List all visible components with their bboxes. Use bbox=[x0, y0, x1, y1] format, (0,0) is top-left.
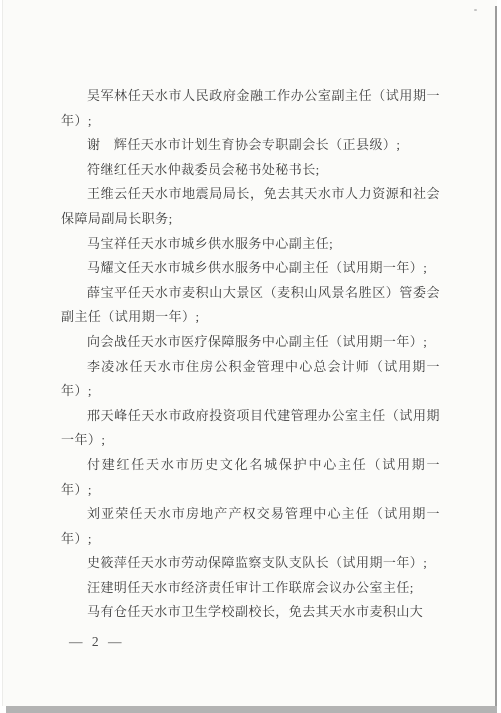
scan-edge-bottom bbox=[6, 706, 497, 713]
document-paragraph: 向会战任天水市医疗保障服务中心副主任（试用期一年）; bbox=[61, 330, 440, 355]
document-paragraph: 李凌冰任天水市住房公积金管理中心总会计师（试用期一年）; bbox=[61, 355, 440, 404]
document-paragraph: 付建红任天水市历史文化名城保护中心主任（试用期一年）; bbox=[61, 453, 440, 502]
document-paragraph: 薛宝平任天水市麦积山大景区（麦积山风景名胜区）管委会副主任（试用期一年）; bbox=[61, 281, 440, 330]
document-page: 吴军林任天水市人民政府金融工作办公室副主任（试用期一年）;谢 辉任天水市计划生育… bbox=[2, 0, 497, 706]
document-paragraph: 汪建明任天水市经济责任审计工作联席会议办公室主任; bbox=[61, 576, 440, 601]
document-paragraph: 邢天峰任天水市政府投资项目代建管理办公室主任（试用期一年）; bbox=[61, 404, 440, 453]
document-paragraph: 史筱萍任天水市劳动保障监察支队支队长（试用期一年）; bbox=[61, 551, 440, 576]
document-paragraph: 刘亚荣任天水市房地产产权交易管理中心主任（试用期一年）; bbox=[61, 502, 440, 551]
document-paragraph: 马宝祥任天水市城乡供水服务中心副主任; bbox=[61, 232, 440, 257]
scan-edge-right bbox=[495, 6, 497, 706]
document-paragraph: 马耀文任天水市城乡供水服务中心副主任（试用期一年）; bbox=[61, 256, 440, 281]
document-paragraph: 符继红任天水仲裁委员会秘书处秘书长; bbox=[61, 158, 440, 183]
page-number: — 2 — bbox=[69, 634, 125, 650]
document-paragraph: 马有仓任天水市卫生学校副校长，免去其天水市麦积山大 bbox=[61, 600, 440, 625]
scanned-document-canvas: 吴军林任天水市人民政府金融工作办公室副主任（试用期一年）;谢 辉任天水市计划生育… bbox=[0, 0, 501, 713]
document-body: 吴军林任天水市人民政府金融工作办公室副主任（试用期一年）;谢 辉任天水市计划生育… bbox=[61, 84, 440, 625]
document-paragraph: 王维云任天水市地震局局长，免去其天水市人力资源和社会保障局副局长职务; bbox=[61, 182, 440, 231]
document-paragraph: 谢 辉任天水市计划生育协会专职副会长（正县级）; bbox=[61, 133, 440, 158]
scan-artifact-dot bbox=[474, 9, 477, 11]
document-paragraph: 吴军林任天水市人民政府金融工作办公室副主任（试用期一年）; bbox=[61, 84, 440, 133]
